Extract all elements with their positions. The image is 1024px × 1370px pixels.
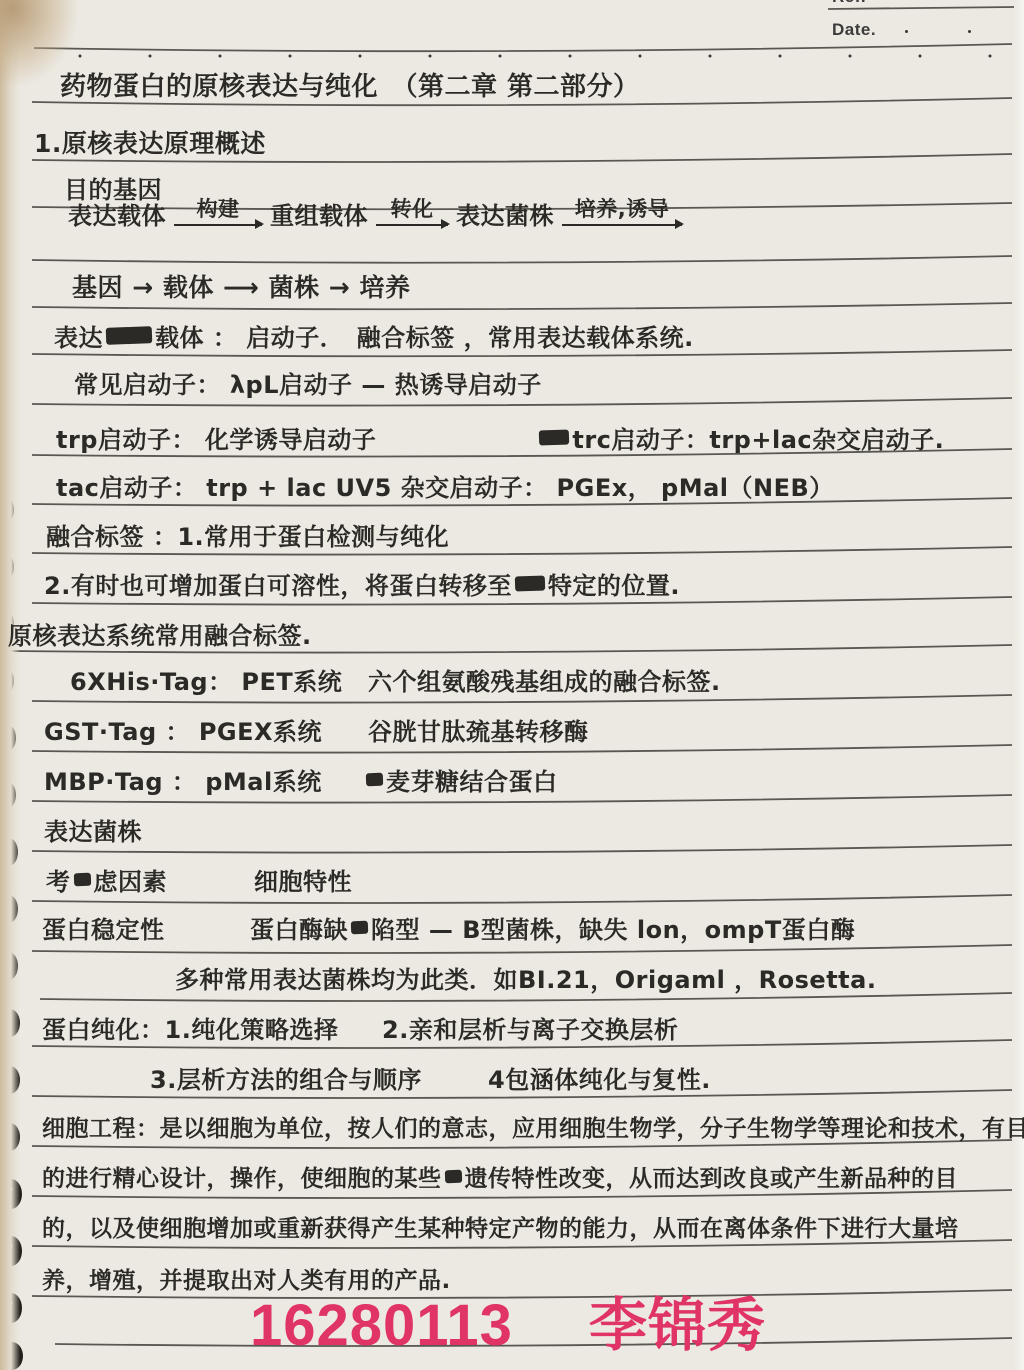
line-purification-3: 3.层析方法的组合与顺序 — [150, 1060, 422, 1095]
arrow-icon — [376, 224, 448, 227]
scribble-crossout — [73, 873, 90, 887]
flow-arrow-culture: 培养,诱导 — [562, 198, 682, 226]
date-dot — [968, 30, 971, 33]
scribble-crossout — [351, 921, 368, 935]
page-left-edge — [0, 0, 20, 1370]
flow-start: 表达载体 — [68, 196, 166, 231]
ref-label: Ref. — [832, 0, 866, 7]
line-gst-tag-desc: 谷胱甘肽巯基转移酶 — [368, 712, 589, 747]
line-tac-promoter: tac启动子： trp + lac UV5 杂交启动子： PGEx， pMal（… — [56, 468, 834, 503]
line-factors: 考 虑因素 — [46, 862, 167, 897]
line-mbp-tag-desc: 麦芽糖结合蛋白 — [366, 762, 558, 797]
paragraph-cell-engineering-3: 的，以及使细胞增加或重新获得产生某种特定产物的能力，从而在离体条件下进行大量培 — [42, 1210, 959, 1243]
line-his-tag: 6XHis·Tag： PET系统 — [70, 662, 342, 697]
arrow-icon — [174, 224, 262, 227]
line-fusion-tag-2: 2.有时也可增加蛋白可溶性，将蛋白转移至 特定的位置. — [44, 566, 680, 601]
scribble-crossout — [106, 326, 153, 345]
date-label: Date. — [832, 20, 876, 40]
watermark-student-id: 16280113 李锦秀 — [250, 1278, 766, 1362]
scribble-crossout — [539, 429, 570, 445]
line-expression-vector: 表达 载体 ： 启动子． 融合标签 ，常用表达载体系统. — [54, 318, 694, 353]
page-right-edge — [1014, 0, 1024, 1370]
line-trp-promoter: trp启动子： 化学诱导启动子 trc启动子：trp+lac杂交启动子. — [56, 420, 944, 455]
line-simple-flow: 基因 → 载体 ⟶ 菌株 → 培养 — [72, 268, 410, 304]
date-dot — [905, 30, 908, 33]
line-gst-tag: GST·Tag ： PGEX系统 — [44, 712, 322, 747]
line-factors-cell: 细胞特性 — [254, 862, 352, 897]
line-tags-heading: 原核表达系统常用融合标签. — [8, 616, 312, 651]
line-purification-2: 2.亲和层析与离子交换层析 — [382, 1010, 678, 1045]
paragraph-cell-engineering-2: 的进行精心设计，操作，使细胞的某些 遗传特性改变，从而达到改良或产生新品种的目 — [42, 1160, 958, 1193]
flow-arrow-transform: 转化 — [376, 198, 448, 226]
scribble-crossout — [444, 1170, 461, 1184]
section-heading: 1.原核表达原理概述 — [34, 124, 266, 160]
flow-diagram: 表达载体 构建 重组载体 转化 表达菌株 培养,诱导 — [68, 196, 682, 231]
paragraph-cell-engineering-1: 细胞工程：是以细胞为单位，按人们的意志，应用细胞生物学，分子生物学等理论和技术，… — [42, 1110, 1024, 1143]
flow-node1: 重组载体 — [270, 196, 368, 231]
page-title: 药物蛋白的原核表达与纯化 （第二章 第二部分） — [60, 66, 640, 103]
line-purification-4: 4包涵体纯化与复性. — [488, 1060, 711, 1095]
notebook-page: Ref. Date. 药物蛋白的原核表达与纯化 （第二章 第二部分） 1.原核表… — [0, 0, 1024, 1370]
line-mbp-tag: MBP·Tag ： pMal系统 — [44, 762, 322, 797]
arrow-icon — [562, 224, 682, 227]
line-strain-heading: 表达菌株 — [44, 812, 142, 847]
line-stability-desc: 蛋白酶缺 陷型 — B型菌株，缺失 lon，ompT蛋白酶 — [250, 910, 855, 945]
line-strain-note: 多种常用表达菌株均为此类．如BI.21，Origaml ，Rosetta. — [175, 960, 876, 995]
line-his-tag-desc: 六个组氨酸残基组成的融合标签. — [368, 662, 721, 697]
flow-arrow-construct: 构建 — [174, 198, 262, 226]
line-purification-1: 蛋白纯化：1.纯化策略选择 — [42, 1010, 338, 1045]
flow-node2: 表达菌株 — [456, 196, 554, 231]
line-stability: 蛋白稳定性 — [42, 910, 165, 945]
scribble-crossout — [366, 773, 383, 787]
line-fusion-tag: 融合标签 ：1.常用于蛋白检测与纯化 — [46, 517, 449, 552]
line-common-promoters: 常见启动子： λpL启动子 — 热诱导启动子 — [74, 365, 542, 400]
tick-dots — [45, 54, 1005, 58]
scribble-crossout — [515, 575, 546, 591]
